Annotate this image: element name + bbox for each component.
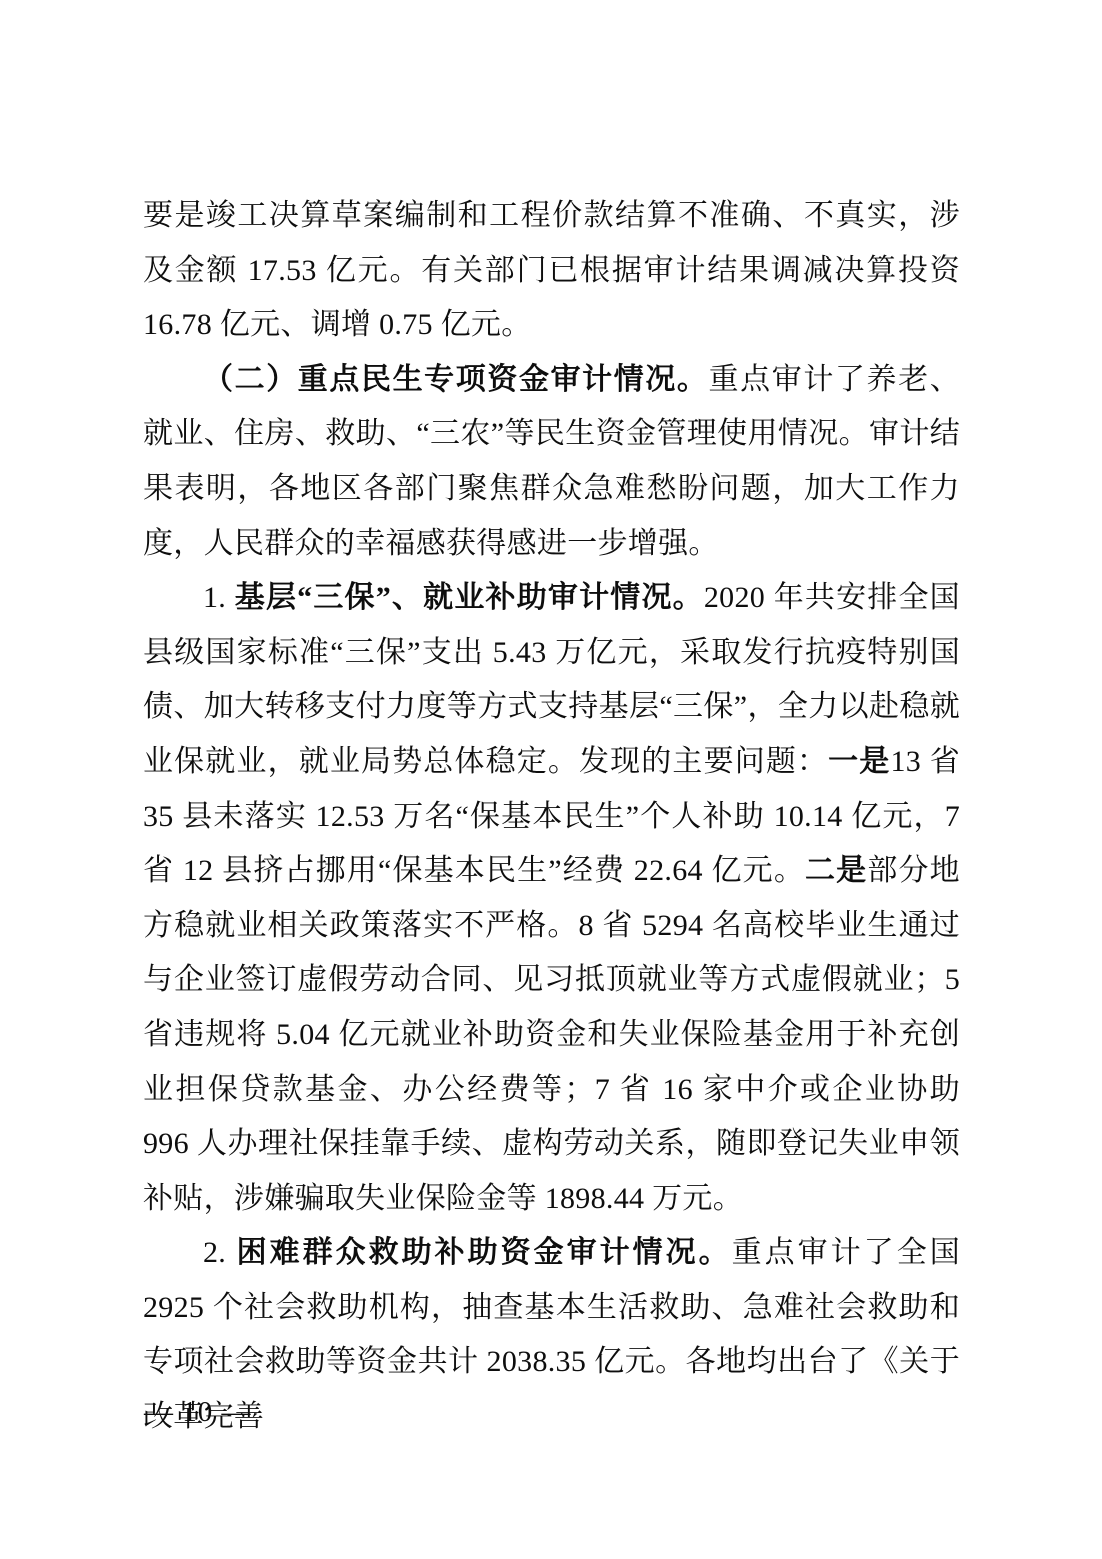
section-heading: （二）重点民生专项资金审计情况。: [203, 363, 709, 396]
document-body: 要是竣工决算草案编制和工程价款结算不准确、不真实，涉及金额 17.53 亿元。有…: [143, 189, 960, 1445]
page-number: — 10 —: [144, 1392, 252, 1432]
item-heading: 困难群众救助补助资金审计情况。: [237, 1236, 732, 1269]
paragraph-section-2: （二）重点民生专项资金审计情况。重点审计了养老、就业、住房、救助、“三农”等民生…: [143, 353, 960, 571]
paragraph-item-1: 1. 基层“三保”、就业补助审计情况。2020 年共安排全国县级国家标准“三保”…: [143, 571, 960, 1226]
paragraph-item-2: 2. 困难群众救助补助资金审计情况。重点审计了全国 2925 个社会救助机构，抽…: [143, 1226, 960, 1444]
paragraph-continuation: 要是竣工决算草案编制和工程价款结算不准确、不真实，涉及金额 17.53 亿元。有…: [143, 189, 960, 353]
paragraph-text: 部分地方稳就业相关政策落实不严格。8 省 5294 名高校毕业生通过与企业签订虚…: [143, 854, 960, 1215]
paragraph-text: 要是竣工决算草案编制和工程价款结算不准确、不真实，涉及金额 17.53 亿元。有…: [143, 199, 960, 341]
emphasis-second: 二是: [805, 854, 867, 887]
item-heading: 基层“三保”、就业补助审计情况。: [235, 581, 704, 614]
emphasis-first: 一是: [828, 745, 890, 778]
item-number: 1.: [203, 581, 235, 614]
document-page: 要是竣工决算草案编制和工程价款结算不准确、不真实，涉及金额 17.53 亿元。有…: [0, 0, 1102, 1559]
item-number: 2.: [203, 1236, 237, 1269]
